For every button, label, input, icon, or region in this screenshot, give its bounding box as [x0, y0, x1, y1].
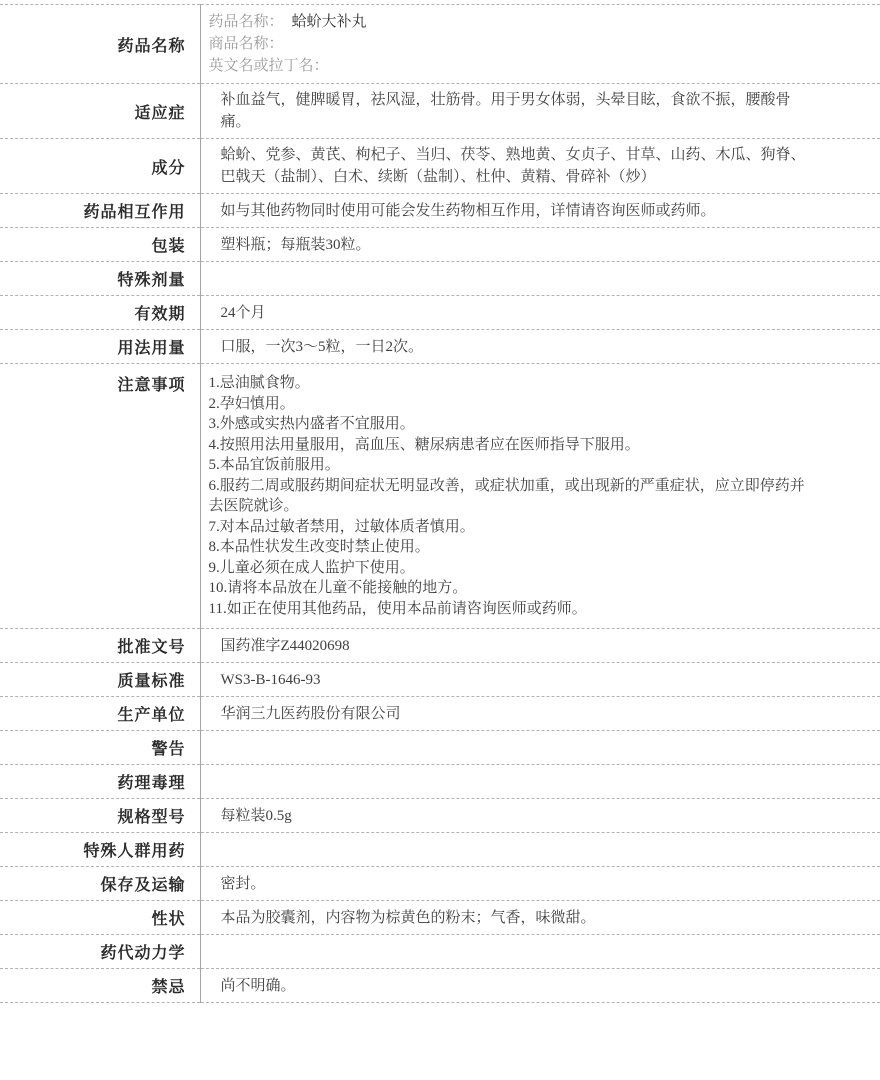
drug-info-page: 药品名称 药品名称：蛤蚧大补丸商品名称：英文名或拉丁名： 适应症 补血益气，健脾… — [0, 0, 880, 1080]
table-row: 成分 蛤蚧、党参、黄芪、枸杞子、当归、茯苓、熟地黄、女贞子、甘草、山药、木瓜、狗… — [0, 139, 880, 194]
table-row: 警告 — [0, 731, 880, 765]
row-label: 成分 — [0, 139, 200, 194]
row-value: 本品为胶囊剂，内容物为棕黄色的粉末；气香，味微甜。 — [200, 901, 880, 935]
row-value: 口服，一次3～5粒，一日2次。 — [200, 330, 880, 364]
table-row: 性状 本品为胶囊剂，内容物为棕黄色的粉末；气香，味微甜。 — [0, 901, 880, 935]
row-value — [200, 833, 880, 867]
row-label: 批准文号 — [0, 629, 200, 663]
row-value — [200, 935, 880, 969]
table-row: 包装 塑料瓶；每瓶装30粒。 — [0, 228, 880, 262]
row-label: 性状 — [0, 901, 200, 935]
precaution-item: 9.儿童必须在成人监护下使用。 — [209, 558, 809, 579]
row-value — [200, 262, 880, 296]
precaution-item: 3.外感或实热内盛者不宜服用。 — [209, 414, 809, 435]
row-value: 尚不明确。 — [200, 969, 880, 1003]
row-value: 国药准字Z44020698 — [200, 629, 880, 663]
row-label: 特殊人群用药 — [0, 833, 200, 867]
table-row: 保存及运输 密封。 — [0, 867, 880, 901]
table-row: 批准文号 国药准字Z44020698 — [0, 629, 880, 663]
row-value — [200, 765, 880, 799]
row-label: 药代动力学 — [0, 935, 200, 969]
table-row: 特殊剂量 — [0, 262, 880, 296]
table-row: 有效期 24个月 — [0, 296, 880, 330]
drug-info-table: 药品名称 药品名称：蛤蚧大补丸商品名称：英文名或拉丁名： 适应症 补血益气，健脾… — [0, 4, 880, 1003]
row-value: 药品名称：蛤蚧大补丸商品名称：英文名或拉丁名： — [200, 5, 880, 84]
table-row: 药代动力学 — [0, 935, 880, 969]
precaution-item: 6.服药二周或服药期间症状无明显改善，或症状加重，或出现新的严重症状，应立即停药… — [209, 476, 809, 517]
row-label: 保存及运输 — [0, 867, 200, 901]
row-label: 药理毒理 — [0, 765, 200, 799]
row-label: 药品相互作用 — [0, 194, 200, 228]
precaution-item: 2.孕妇慎用。 — [209, 394, 809, 415]
table-row: 生产单位 华润三九医药股份有限公司 — [0, 697, 880, 731]
row-value: 密封。 — [200, 867, 880, 901]
row-label: 警告 — [0, 731, 200, 765]
field-key: 商品名称： — [209, 36, 284, 52]
precaution-item: 10.请将本品放在儿童不能接触的地方。 — [209, 578, 809, 599]
row-value: 24个月 — [200, 296, 880, 330]
row-value: 如与其他药物同时使用可能会发生药物相互作用，详情请咨询医师或药师。 — [200, 194, 880, 228]
precaution-item: 11.如正在使用其他药品，使用本品前请咨询医师或药师。 — [209, 599, 809, 620]
row-value: 华润三九医药股份有限公司 — [200, 697, 880, 731]
row-label: 质量标准 — [0, 663, 200, 697]
row-value: 塑料瓶；每瓶装30粒。 — [200, 228, 880, 262]
precaution-item: 5.本品宜饭前服用。 — [209, 455, 809, 476]
row-label: 药品名称 — [0, 5, 200, 84]
precaution-item: 1.忌油腻食物。 — [209, 373, 809, 394]
row-value: 每粒装0.5g — [200, 799, 880, 833]
row-label: 禁忌 — [0, 969, 200, 1003]
field-key: 药品名称： — [209, 14, 284, 30]
table-row: 用法用量 口服，一次3～5粒，一日2次。 — [0, 330, 880, 364]
row-label: 特殊剂量 — [0, 262, 200, 296]
row-value: 补血益气，健脾暖胃，祛风湿，壮筋骨。用于男女体弱，头晕目眩，食欲不振，腰酸骨痛。 — [200, 84, 880, 139]
table-row: 特殊人群用药 — [0, 833, 880, 867]
row-label: 有效期 — [0, 296, 200, 330]
row-label: 用法用量 — [0, 330, 200, 364]
precaution-item: 7.对本品过敏者禁用，过敏体质者慎用。 — [209, 517, 809, 538]
drug-table-body: 药品名称 药品名称：蛤蚧大补丸商品名称：英文名或拉丁名： 适应症 补血益气，健脾… — [0, 5, 880, 1003]
field-value: 蛤蚧大补丸 — [292, 14, 367, 30]
table-row: 药品相互作用 如与其他药物同时使用可能会发生药物相互作用，详情请咨询医师或药师。 — [0, 194, 880, 228]
precaution-item: 8.本品性状发生改变时禁止使用。 — [209, 537, 809, 558]
row-value — [200, 731, 880, 765]
table-row: 药理毒理 — [0, 765, 880, 799]
drug-name-field: 商品名称： — [209, 33, 809, 55]
table-row: 质量标准 WS3-B-1646-93 — [0, 663, 880, 697]
table-row: 规格型号 每粒装0.5g — [0, 799, 880, 833]
row-label: 生产单位 — [0, 697, 200, 731]
row-value: 蛤蚧、党参、黄芪、枸杞子、当归、茯苓、熟地黄、女贞子、甘草、山药、木瓜、狗脊、巴… — [200, 139, 880, 194]
row-label: 规格型号 — [0, 799, 200, 833]
table-row: 注意事项 1.忌油腻食物。2.孕妇慎用。3.外感或实热内盛者不宜服用。4.按照用… — [0, 364, 880, 629]
drug-name-field: 英文名或拉丁名： — [209, 55, 809, 77]
row-value: 1.忌油腻食物。2.孕妇慎用。3.外感或实热内盛者不宜服用。4.按照用法用量服用… — [200, 364, 880, 629]
row-label: 包装 — [0, 228, 200, 262]
precaution-item: 4.按照用法用量服用，高血压、糖尿病患者应在医师指导下服用。 — [209, 435, 809, 456]
row-label: 注意事项 — [0, 364, 200, 629]
table-row: 适应症 补血益气，健脾暖胃，祛风湿，壮筋骨。用于男女体弱，头晕目眩，食欲不振，腰… — [0, 84, 880, 139]
row-label: 适应症 — [0, 84, 200, 139]
row-value: WS3-B-1646-93 — [200, 663, 880, 697]
table-row: 药品名称 药品名称：蛤蚧大补丸商品名称：英文名或拉丁名： — [0, 5, 880, 84]
field-key: 英文名或拉丁名： — [209, 58, 329, 74]
table-row: 禁忌 尚不明确。 — [0, 969, 880, 1003]
drug-name-field: 药品名称：蛤蚧大补丸 — [209, 11, 809, 33]
